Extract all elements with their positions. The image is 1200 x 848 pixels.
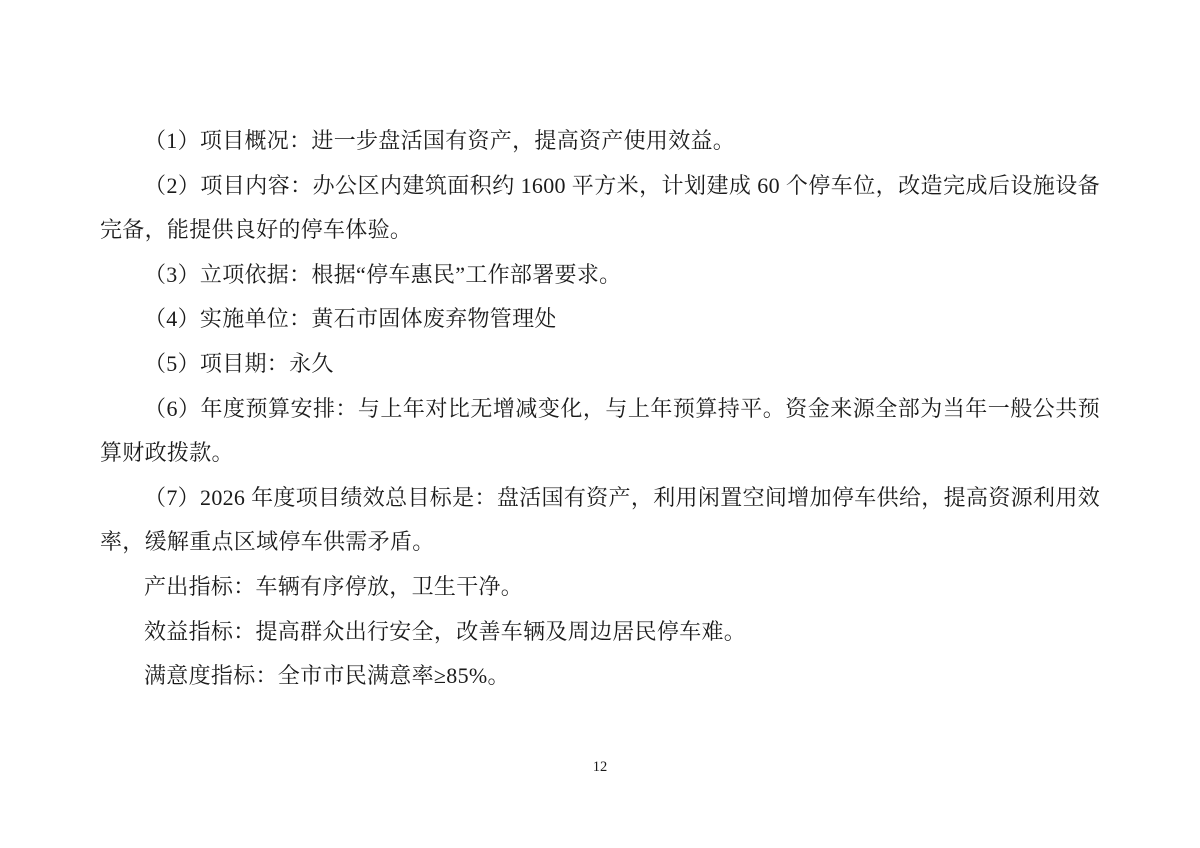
document-page: （1）项目概况：进一步盘活国有资产，提高资产使用效益。 （2）项目内容：办公区内… (0, 0, 1200, 848)
para-implementing-unit: （4）实施单位：黄石市固体废弃物管理处 (100, 297, 1100, 342)
para-project-content: （2）项目内容：办公区内建筑面积约 1600 平方米，计划建成 60 个停车位，… (100, 164, 1100, 253)
page-footer: 12 (0, 757, 1200, 777)
para-performance-goal: （7）2026 年度项目绩效总目标是：盘活国有资产，利用闲置空间增加停车供给，提… (100, 476, 1100, 565)
para-project-period: （5）项目期：永久 (100, 342, 1100, 387)
para-annual-budget: （6）年度预算安排：与上年对比无增减变化，与上年预算持平。资金来源全部为当年一般… (100, 387, 1100, 476)
page-number: 12 (593, 759, 608, 775)
para-benefit-indicator: 效益指标：提高群众出行安全，改善车辆及周边居民停车难。 (100, 610, 1100, 655)
para-output-indicator: 产出指标：车辆有序停放，卫生干净。 (100, 565, 1100, 610)
para-project-overview: （1）项目概况：进一步盘活国有资产，提高资产使用效益。 (100, 119, 1100, 164)
document-body: （1）项目概况：进一步盘活国有资产，提高资产使用效益。 （2）项目内容：办公区内… (100, 119, 1100, 699)
para-project-basis: （3）立项依据：根据“停车惠民”工作部署要求。 (100, 253, 1100, 298)
para-satisfaction-indicator: 满意度指标：全市市民满意率≥85%。 (100, 654, 1100, 699)
